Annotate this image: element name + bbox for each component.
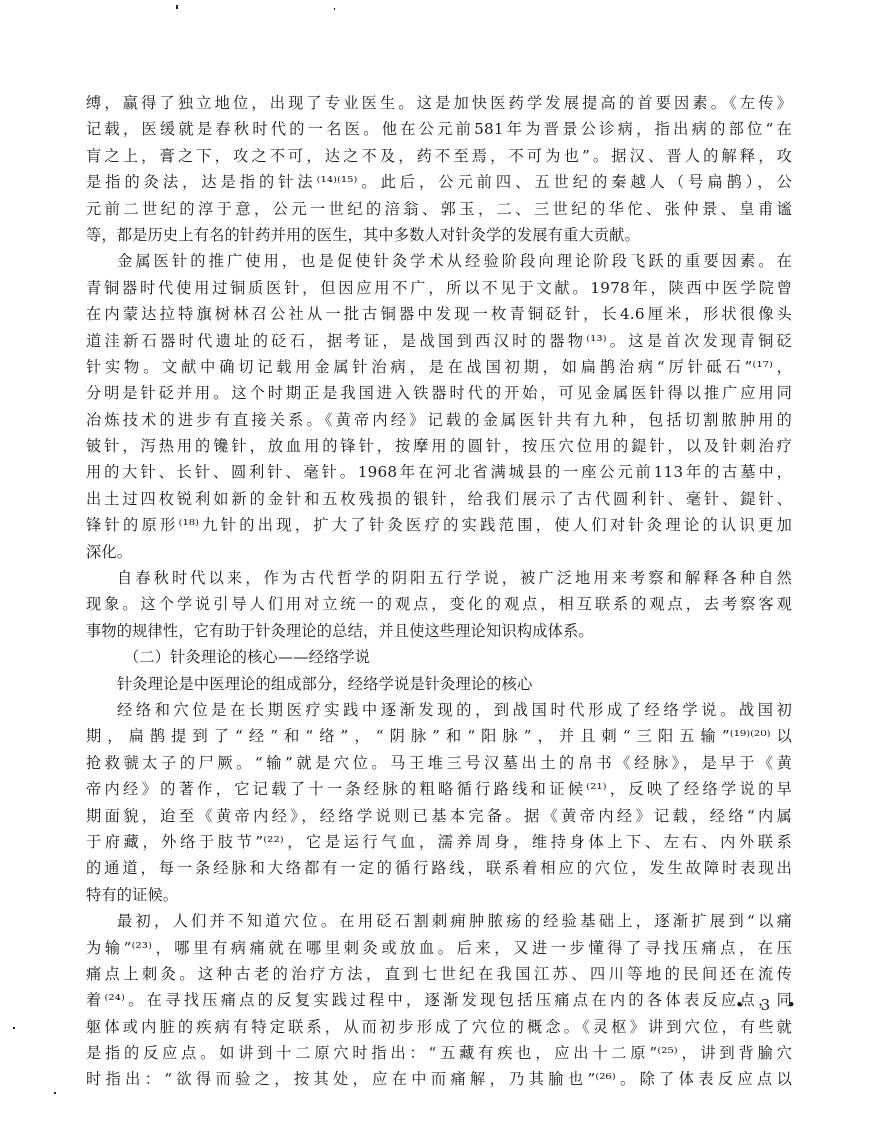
text-line: 帝内经》的著作，它记载了十一条经脉的粗略循行路线和证候⁽²¹⁾，反映了经络学说的… [86, 776, 792, 802]
document-page: 缚，赢得了独立地位，出现了专业医生。这是加快医药学发展提高的首要因素。《左传》 … [86, 90, 792, 1093]
scan-speck [176, 5, 178, 9]
text-line: 抢救虢太子的尸厥。“输”就是穴位。马王堆三号汉墓出土的帛书《经脉》，是早于《黄 [86, 750, 792, 776]
text-line: 期，扁鹊提到了“经”和“络”，“阴脉”和“阳脉”，并且刺“三阳五输”⁽¹⁹⁾⁽²… [86, 723, 792, 749]
text-line: 冶炼技术的进步有直接关系。《黄帝内经》记载的金属医针共有九种，包括切割脓肿用的 [86, 407, 792, 433]
paragraph: 缚，赢得了独立地位，出现了专业医生。这是加快医药学发展提高的首要因素。《左传》 … [86, 90, 792, 248]
text-line: 记载，医缓就是春秋时代的一名医。他在公元前581年为晋景公诊病，指出病的部位“在 [86, 116, 792, 142]
text-line: 铍针，泻热用的镵针，放血用的锋针，按摩用的圆针，按压穴位用的鍉针，以及针刺治疗 [86, 433, 792, 459]
text-line: 是指的灸法，达是指的针法⁽¹⁴⁾⁽¹⁵⁾。此后，公元前四、五世纪的秦越人（号扁鹊… [86, 169, 792, 195]
scan-speck [334, 8, 335, 10]
text-line: 深化。 [86, 539, 792, 565]
scan-speck [54, 1092, 56, 1094]
text-line: 于府藏，外络于肢节”⁽²²⁾，它是运行气血，濡养周身，维持身体上下、左右、内外联… [86, 829, 792, 855]
paragraph: 经络和穴位是在长期医疗实践中逐渐发现的，到战国时代形成了经络学说。战国初 期，扁… [86, 697, 792, 908]
text-line: 在内蒙达拉特旗树林召公社从一批古铜器中发现一枚青铜砭针，长4.6厘米，形状很像头 [86, 301, 792, 327]
text-line: 用的大针、长针、圆利针、毫针。1968年在河北省满城县的一座公元前113年的古墓… [86, 459, 792, 485]
text-line: 着⁽²⁴⁾。在寻找压痛点的反复实践过程中，逐渐发现包括压痛点在内的各体表反应点，… [86, 987, 792, 1013]
text-line: 期面貌，迨至《黄帝内经》，经络学说则已基本完备。据《黄帝内经》记载，经络“内属 [86, 803, 792, 829]
section-subheading: 针灸理论是中医理论的组成部分，经络学说是针灸理论的核心 [86, 671, 792, 697]
text-line: 躯体或内脏的疾病有特定联系，从而初步形成了穴位的概念。《灵枢》讲到穴位，有些就 [86, 1014, 792, 1040]
paragraph: 自春秋时代以来，作为古代哲学的阴阳五行学说，被广泛地用来考察和解释各种自然 现象… [86, 565, 792, 644]
text-line: 是指的反应点。如讲到十二原穴时指出：“五藏有疾也，应出十二原”⁽²⁵⁾，讲到背腧… [86, 1040, 792, 1066]
text-line: 时指出：“欲得而验之，按其处，应在中而痛解，乃其腧也”⁽²⁶⁾。除了体表反应点以 [86, 1066, 792, 1092]
text-line: 缚，赢得了独立地位，出现了专业医生。这是加快医药学发展提高的首要因素。《左传》 [86, 90, 792, 116]
text-line: 经络和穴位是在长期医疗实践中逐渐发现的，到战国时代形成了经络学说。战国初 [86, 697, 792, 723]
text-line: 青铜器时代使用过铜质医针，但因应用不广，所以不见于文献。1978年，陕西中医学院… [86, 275, 792, 301]
text-line: 事物的规律性，它有助于针灸理论的总结，并且使这些理论知识构成体系。 [86, 618, 792, 644]
text-line: 的通道，每一条经脉和大络都有一定的循行路线，联系着相应的穴位，发生故障时表现出 [86, 855, 792, 881]
scan-speck [13, 1027, 15, 1029]
text-line: 痛点上刺灸。这种古老的治疗方法，直到七世纪在我国江苏、四川等地的民间还在流传 [86, 961, 792, 987]
text-line: 道洼新石器时代遗址的砭石，据考证，是战国到西汉时的器物⁽¹³⁾。这是首次发现青铜… [86, 328, 792, 354]
text-line: 肓之上，膏之下，攻之不可，达之不及，药不至焉，不可为也”。据汉、晋人的解释，攻 [86, 143, 792, 169]
text-line: 特有的证候。 [86, 882, 792, 908]
text-line: 元前二世纪的淳于意，公元一世纪的涪翁、郭玉，二、三世纪的华佗、张仲景、皇甫谧 [86, 196, 792, 222]
text-line: 最初，人们并不知道穴位。在用砭石割刺痈肿脓疡的经验基础上，逐渐扩展到“以痛 [86, 908, 792, 934]
text-line: 金属医针的推广使用，也是促使针灸学术从经验阶段向理论阶段飞跃的重要因素。在 [86, 248, 792, 274]
text-line: 出土过四枚锐利如新的金针和五枚残损的银针，给我们展示了古代圆利针、毫针、鍉针、 [86, 486, 792, 512]
text-line: 自春秋时代以来，作为古代哲学的阴阳五行学说，被广泛地用来考察和解释各种自然 [86, 565, 792, 591]
text-line: 分明是针砭并用。这个时期正是我国进入铁器时代的开始，可见金属医针得以推广应用同 [86, 380, 792, 406]
text-line: 现象。这个学说引导人们用对立统一的观点，变化的观点，相互联系的观点，去考察客观 [86, 591, 792, 617]
text-line: 针实物。文献中确切记载用金属针治病，是在战国初期，如扁鹊治病“厉针砥石”⁽¹⁷⁾… [86, 354, 792, 380]
paragraph: 最初，人们并不知道穴位。在用砭石割刺痈肿脓疡的经验基础上，逐渐扩展到“以痛 为输… [86, 908, 792, 1093]
text-line: 为输”⁽²³⁾，哪里有病痛就在哪里刺灸或放血。后来，又进一步懂得了寻找压痛点，在… [86, 935, 792, 961]
paragraph: 金属医针的推广使用，也是促使针灸学术从经验阶段向理论阶段飞跃的重要因素。在 青铜… [86, 248, 792, 565]
page-number: • 3 • [735, 996, 802, 1014]
section-heading: （二）针灸理论的核心——经络学说 [86, 644, 792, 670]
text-line: 等，都是历史上有名的针药并用的医生，其中多数人对针灸学的发展有重大贡献。 [86, 222, 792, 248]
text-line: 锋针的原形⁽¹⁸⁾九针的出现，扩大了针灸医疗的实践范围，使人们对针灸理论的认识更… [86, 512, 792, 538]
